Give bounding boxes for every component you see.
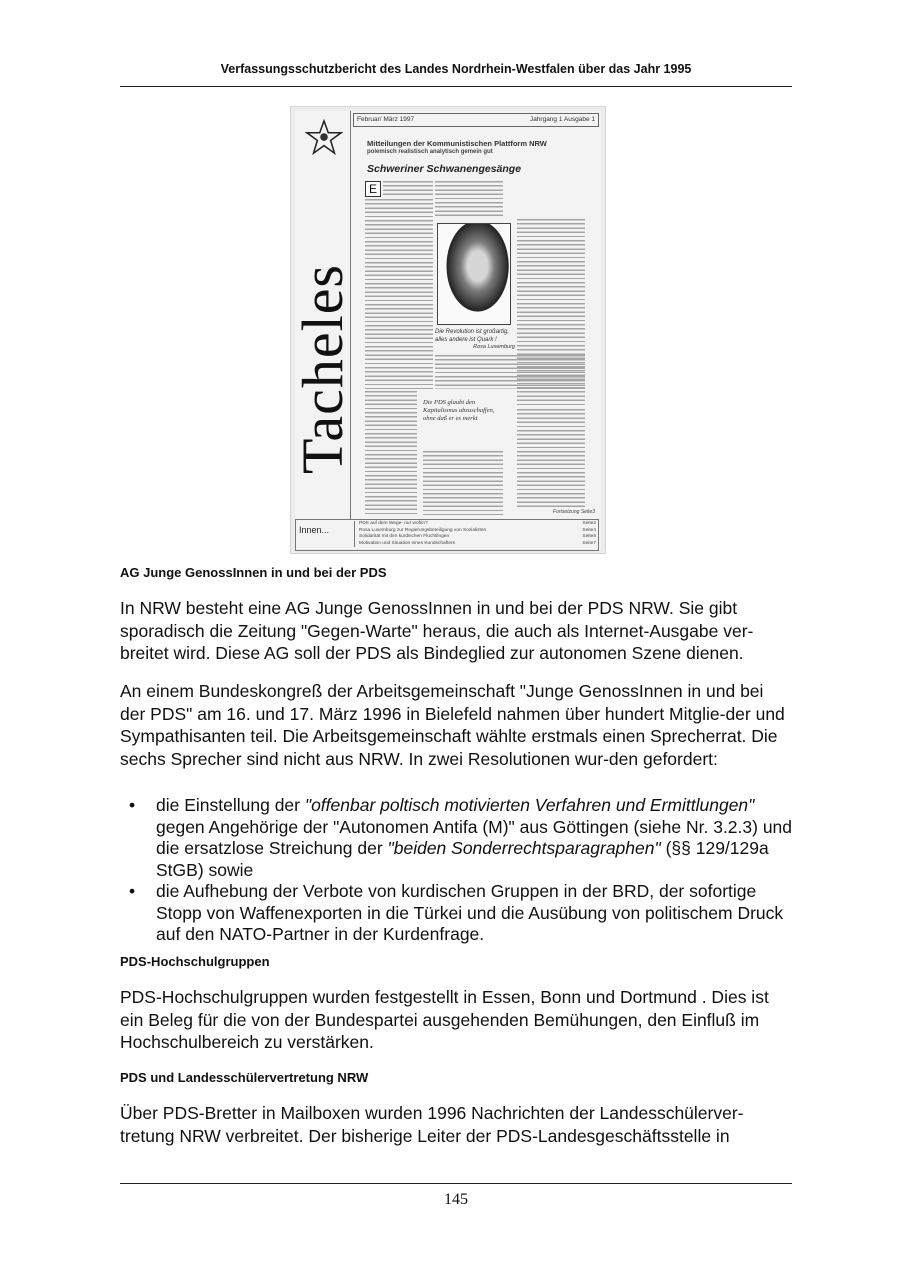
section-heading: AG Junge GenossInnen in und bei der PDS	[120, 565, 387, 580]
header-rule	[120, 86, 792, 87]
masthead-column: Tacheles	[295, 111, 351, 519]
paragraph: In NRW besteht eine AG Junge GenossInnen…	[120, 597, 788, 665]
paragraph: PDS-Hochschulgruppen wurden festgestellt…	[120, 986, 788, 1054]
contents-entry: Solidarität mit den kurdischen Flüchtlin…	[359, 534, 596, 541]
issue-date: Februar/ März 1997	[357, 114, 414, 126]
photo-caption: Die Revolution ist großartig, alles ande…	[435, 329, 515, 352]
bullet-icon: •	[129, 795, 135, 817]
contents-list: PDS auf dem Wege- nur wohin?Seite2 Rosa …	[354, 521, 596, 547]
footer-rule	[120, 1183, 792, 1184]
portrait-photo	[437, 223, 511, 325]
list-item: • die Einstellung der "offenbar poltisch…	[120, 795, 792, 881]
text-column	[423, 451, 503, 515]
paragraph: Über PDS-Bretter in Mailboxen wurden 199…	[120, 1102, 788, 1147]
issue-number: Jahrgang 1 Ausgabe 1	[530, 114, 595, 126]
newspaper-scan-image: Tacheles Februar/ März 1997 Jahrgang 1 A…	[290, 106, 606, 554]
masthead-title: Tacheles	[293, 199, 353, 539]
section-heading: PDS und Landesschülervertretung NRW	[120, 1070, 368, 1085]
list-quote: "beiden Sonderrechtsparagraphen"	[388, 838, 661, 858]
list-text: die Einstellung der	[156, 795, 305, 815]
text-column	[365, 391, 417, 515]
paragraph: An einem Bundeskongreß der Arbeitsgemein…	[120, 680, 788, 770]
list-quote: "offenbar poltisch motivierten Verfahren…	[305, 795, 755, 815]
caption-credit: Rosa Luxemburg	[435, 344, 515, 352]
issue-bar: Februar/ März 1997 Jahrgang 1 Ausgabe 1	[353, 113, 599, 127]
text-column	[435, 181, 503, 219]
newspaper-contents-box: Innen... PDS auf dem Wege- nur wohin?Sei…	[295, 519, 599, 551]
contents-label: Innen...	[299, 525, 329, 535]
resolution-list: • die Einstellung der "offenbar poltisch…	[120, 795, 792, 946]
text-column	[517, 409, 585, 509]
list-text: die Aufhebung der Verbote von kurdischen…	[156, 881, 783, 944]
section-heading: PDS-Hochschulgruppen	[120, 954, 270, 969]
text-column	[365, 199, 433, 389]
contents-entry: PDS auf dem Wege- nur wohin?Seite2	[359, 521, 596, 528]
bullet-icon: •	[129, 881, 135, 903]
list-item: • die Aufhebung der Verbote von kurdisch…	[120, 881, 792, 946]
star-logo-icon	[305, 119, 343, 157]
text-column	[383, 181, 433, 197]
page-number: 145	[120, 1191, 792, 1209]
newspaper-headline: Schweriner Schwanengesänge	[367, 163, 521, 175]
drop-cap: E	[365, 181, 381, 197]
caption-quote: Die Revolution ist großartig, alles ande…	[435, 329, 515, 344]
contents-entry: Motivation und Situation eines Kundschaf…	[359, 541, 596, 548]
newspaper-tagline: polemisch realistisch analytisch gemein …	[367, 149, 493, 155]
running-header: Verfassungsschutzbericht des Landes Nord…	[120, 62, 792, 76]
continued-note: Fortsetzung Seite3	[553, 509, 595, 515]
newspaper-subtitle: Mitteilungen der Kommunistischen Plattfo…	[367, 139, 547, 148]
text-column	[435, 355, 585, 389]
pull-quote: Die PDS glaubt den Kapitalismus abzuscha…	[423, 399, 503, 423]
